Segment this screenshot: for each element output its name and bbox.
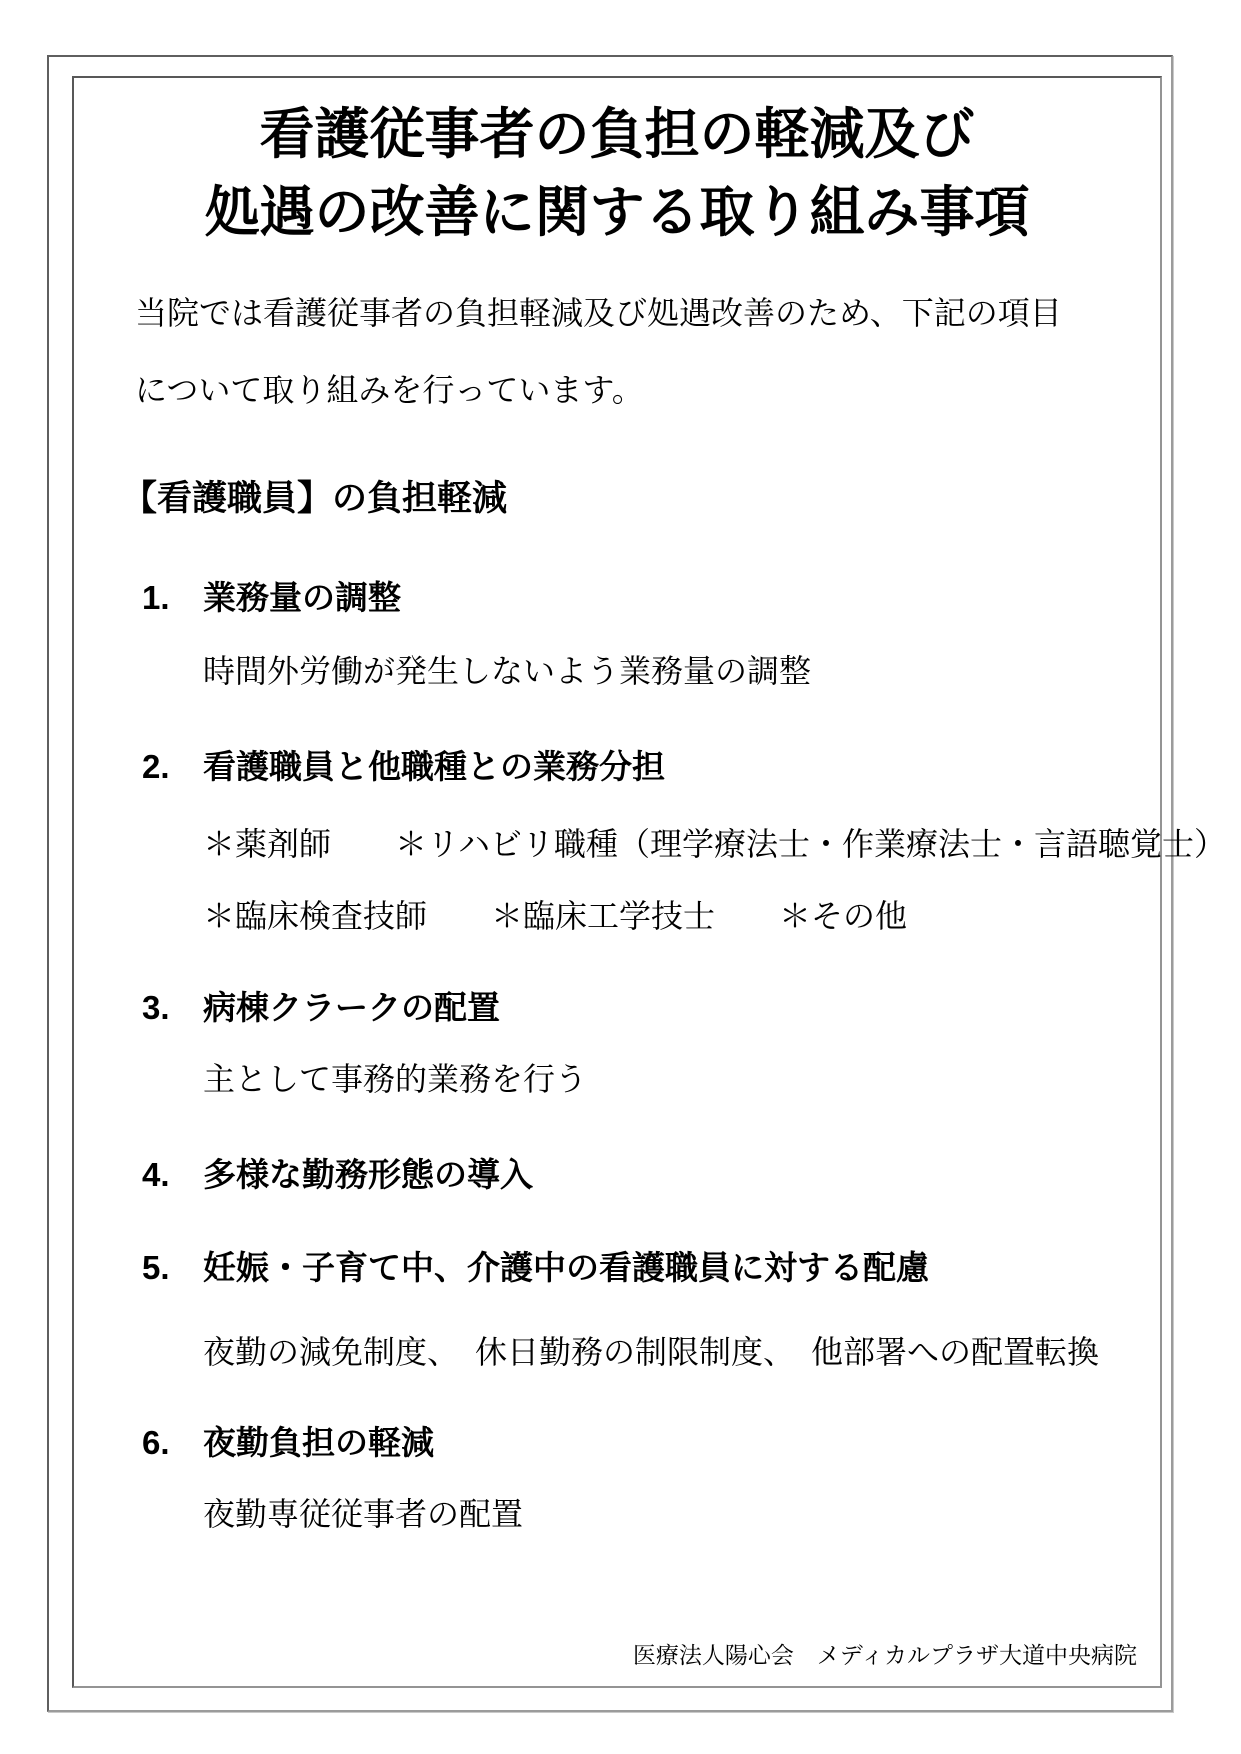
list-item-3-detail: 主として事務的業務を行う xyxy=(203,1054,587,1100)
list-item-4-number: 4. xyxy=(142,1156,203,1194)
list-item-2-title: 看護職員と他職種との業務分担 xyxy=(203,748,665,785)
document-page: 看護従事者の負担の軽減及び 処遇の改善に関する取り組み事項 当院では看護従事者の… xyxy=(0,0,1241,1754)
list-item-3-number: 3. xyxy=(142,989,203,1027)
list-item-6-number: 6. xyxy=(142,1424,203,1462)
footer-hospital-name: 医療法人陽心会 メディカルプラザ大道中央病院 xyxy=(633,1637,1137,1670)
list-item-3-heading: 3.病棟クラークの配置 xyxy=(142,982,500,1029)
list-item-1-title: 業務量の調整 xyxy=(203,579,401,616)
page-title-line1: 看護従事者の負担の軽減及び xyxy=(74,90,1160,169)
list-item-2-number: 2. xyxy=(142,748,203,786)
list-item-6-title: 夜勤負担の軽減 xyxy=(203,1424,434,1461)
list-item-5-title: 妊娠・子育て中、介護中の看護職員に対する配慮 xyxy=(203,1249,929,1286)
list-item-1-detail: 時間外労働が発生しないよう業務量の調整 xyxy=(203,646,811,692)
list-item-3-title: 病棟クラークの配置 xyxy=(203,989,500,1026)
list-item-4-title: 多様な勤務形態の導入 xyxy=(203,1156,533,1193)
list-item-5-heading: 5.妊娠・子育て中、介護中の看護職員に対する配慮 xyxy=(142,1242,929,1289)
list-item-6-heading: 6.夜勤負担の軽減 xyxy=(142,1417,434,1464)
list-item-6-detail: 夜勤専従従事者の配置 xyxy=(203,1489,523,1535)
list-item-2-heading: 2.看護職員と他職種との業務分担 xyxy=(142,741,665,788)
list-item-1-number: 1. xyxy=(142,579,203,617)
list-item-4-heading: 4.多様な勤務形態の導入 xyxy=(142,1149,533,1196)
list-item-2-detail-1: ＊薬剤師 ＊リハビリ職種（理学療法士・作業療法士・言語聴覚士） xyxy=(203,819,1226,865)
page-title-line2: 処遇の改善に関する取り組み事項 xyxy=(74,168,1160,247)
intro-paragraph-line2: について取り組みを行っています。 xyxy=(135,365,644,411)
list-item-5-number: 5. xyxy=(142,1249,203,1287)
section-heading: 【看護職員】の負担軽減 xyxy=(122,471,507,521)
intro-paragraph-line1: 当院では看護従事者の負担軽減及び処遇改善のため、下記の項目 xyxy=(135,288,1062,334)
list-item-2-detail-2: ＊臨床検査技師 ＊臨床工学技士 ＊その他 xyxy=(203,891,907,937)
list-item-5-detail: 夜勤の減免制度、 休日勤務の制限制度、 他部署への配置転換 xyxy=(203,1327,1099,1373)
list-item-1-heading: 1.業務量の調整 xyxy=(142,572,401,619)
